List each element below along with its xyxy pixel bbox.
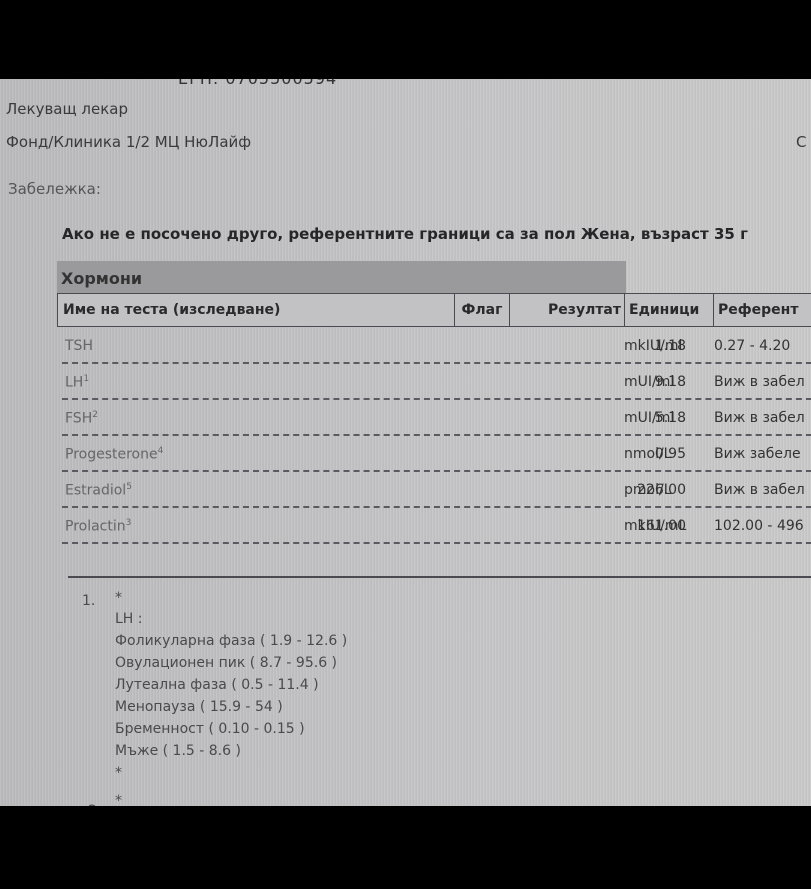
table-row: LH19.18mUI/mlВиж в забел (62, 364, 811, 400)
reference-range: Виж в забел (714, 374, 805, 390)
footnote-ref: 4 (158, 446, 164, 456)
table-row: TSH1.18mkIU/ml0.27 - 4.20 (62, 328, 811, 364)
column-header-test-name: Име на теста (изследване) (58, 294, 455, 326)
footnote-ref: 2 (92, 410, 98, 420)
footnote-line: Лутеална фаза ( 0.5 - 11.4 ) (115, 677, 319, 693)
footnote-line: * (115, 765, 122, 781)
test-name: Estradiol5 (65, 482, 132, 499)
footnote-line: Менопауза ( 15.9 - 54 ) (115, 699, 283, 715)
footnote-ref: 5 (126, 482, 132, 492)
result-units: nmol/L (624, 446, 671, 462)
table-end-divider (68, 576, 811, 578)
footnote-ref: 1 (83, 374, 89, 384)
result-units: mkIU/mL (624, 518, 686, 534)
column-header-flag: Флаг (455, 294, 510, 326)
reference-note: Ако не е посочено друго, референтните гр… (62, 225, 748, 243)
right-cut-text: С (796, 133, 806, 151)
table-row: Progesterone40.95nmol/LВиж забеле (62, 436, 811, 472)
reference-range: Виж в забел (714, 410, 805, 426)
section-title: Хормони (61, 269, 142, 288)
reference-range: Виж в забел (714, 482, 805, 498)
reference-range: Виж забеле (714, 446, 801, 462)
test-name: TSH (65, 338, 93, 354)
column-header-reference: Референт (714, 294, 811, 326)
patient-id-line: ЕГН: 0705500594 (178, 79, 337, 88)
footnote-number: 1. (82, 593, 95, 609)
footnote-line: Мъже ( 1.5 - 8.6 ) (115, 743, 241, 759)
test-name: Progesterone4 (65, 446, 163, 463)
footnote-marker: * (115, 793, 122, 806)
footnote-marker: * (115, 590, 122, 606)
reference-range: 0.27 - 4.20 (714, 338, 790, 354)
reference-range: 102.00 - 496 (714, 518, 804, 534)
result-units: mUI/ml (624, 410, 674, 426)
footnote-line: LH : (115, 611, 143, 627)
test-name: LH1 (65, 374, 89, 391)
results-table-header: Име на теста (изследване) Флаг Резултат … (57, 293, 811, 327)
footnote-ref: 3 (126, 518, 132, 528)
lab-report-screen: ЕГН: 0705500594 Лекуващ лекар Фонд/Клини… (0, 79, 811, 806)
footnote-line: Овулационен пик ( 8.7 - 95.6 ) (115, 655, 337, 671)
result-units: mUI/ml (624, 374, 674, 390)
column-header-units: Единици (625, 294, 714, 326)
footnote-line: Бременност ( 0.10 - 0.15 ) (115, 721, 305, 737)
test-name: Prolactin3 (65, 518, 131, 535)
footnote-line: Фоликуларна фаза ( 1.9 - 12.6 ) (115, 633, 347, 649)
footnote-number: 2. (88, 803, 101, 806)
note-label: Забележка: (8, 180, 101, 198)
table-row: Prolactin3161.00mkIU/mL102.00 - 496 (62, 508, 811, 544)
table-row: FSH25.18mUI/mlВиж в забел (62, 400, 811, 436)
fund-clinic-label: Фонд/Клиника 1/2 МЦ НюЛайф (6, 133, 251, 151)
section-header-hormones: Хормони (57, 261, 626, 293)
result-units: mkIU/ml (624, 338, 682, 354)
result-units: pmol/L (624, 482, 672, 498)
test-name: FSH2 (65, 410, 98, 427)
treating-doctor-label: Лекуващ лекар (6, 100, 128, 118)
table-row: Estradiol5226.00pmol/LВиж в забел (62, 472, 811, 508)
column-header-result: Резултат (510, 294, 625, 326)
